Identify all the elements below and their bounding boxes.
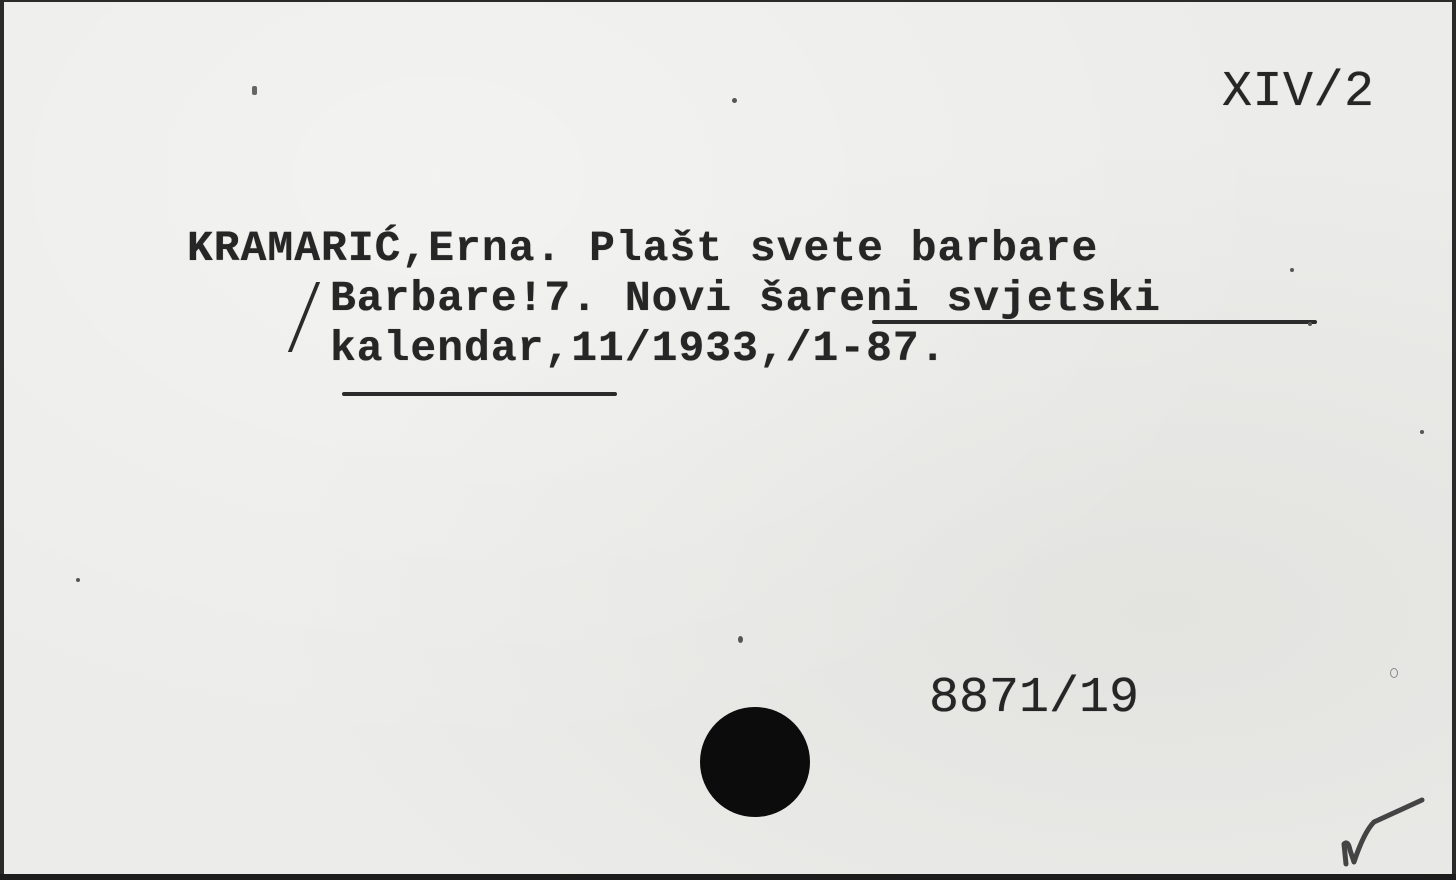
card-edge-bottom (0, 874, 1456, 880)
check-mark-icon (1334, 792, 1434, 872)
entry-line-volume-pages: kalendar,11/1933,/1-87. (330, 324, 947, 373)
series-underline (872, 320, 1317, 324)
paper-speck (738, 636, 743, 643)
card-edge-right (1452, 0, 1456, 880)
filing-punch-hole (700, 707, 810, 817)
accession-number: 8871/19 (929, 670, 1139, 727)
shelfmark: XIV/2 (1222, 64, 1375, 121)
paper-speck (1390, 668, 1398, 678)
paper-speck (76, 578, 80, 582)
paper-speck (1308, 322, 1312, 326)
paper-speck (1420, 430, 1424, 434)
entry-line-source: Barbare!7. Novi šareni svjetski (330, 274, 1161, 323)
paper-speck (1290, 268, 1294, 272)
paper-speck (732, 98, 737, 103)
catalog-card: XIV/2 KRAMARIĆ,Erna. Plašt svete barbare… (4, 2, 1452, 874)
title-underline (342, 392, 617, 396)
entry-line-author-title: KRAMARIĆ,Erna. Plašt svete barbare (187, 224, 1098, 273)
paper-speck (252, 86, 257, 95)
